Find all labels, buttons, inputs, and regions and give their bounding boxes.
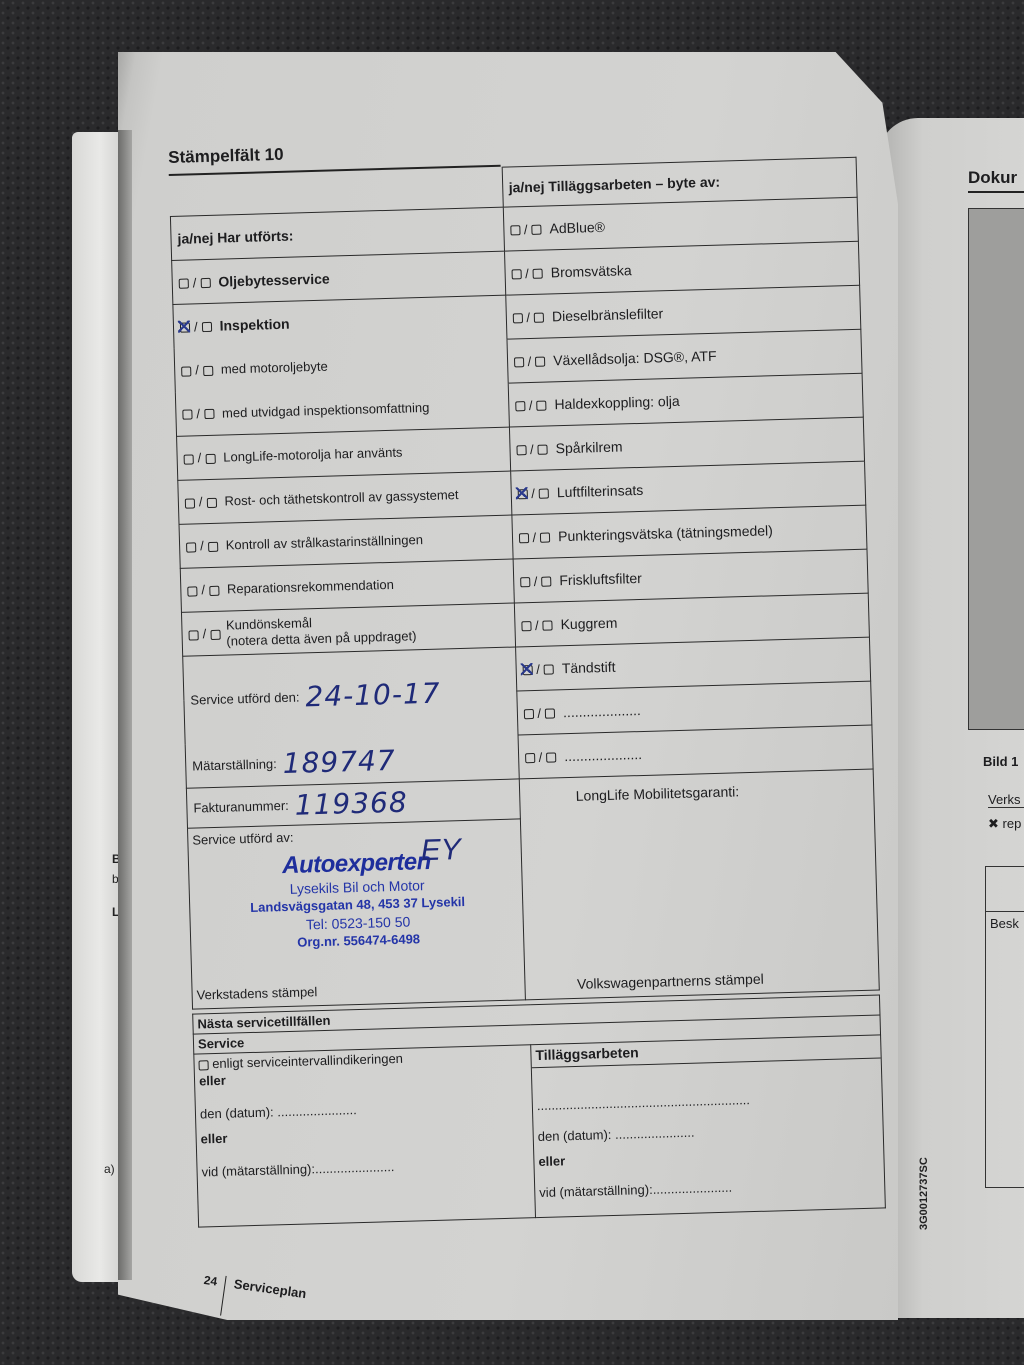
or-label: eller bbox=[538, 1145, 879, 1170]
item-label: Oljebytesservice bbox=[218, 270, 330, 289]
yes-checkbox[interactable] bbox=[179, 278, 189, 288]
yes-checkbox[interactable] bbox=[180, 323, 190, 333]
no-checkbox[interactable] bbox=[200, 278, 210, 288]
next-date-field[interactable]: den (datum): ...................... bbox=[200, 1097, 528, 1121]
no-checkbox[interactable] bbox=[541, 576, 551, 586]
no-checkbox[interactable] bbox=[545, 708, 555, 718]
yes-checkbox[interactable] bbox=[182, 410, 192, 420]
document-code: 3G0012737SC bbox=[918, 1157, 930, 1230]
no-checkbox[interactable] bbox=[204, 409, 214, 419]
item-label: Växellådsolja: DSG®, ATF bbox=[553, 347, 717, 368]
no-checkbox[interactable] bbox=[535, 356, 545, 366]
page-gutter bbox=[118, 130, 132, 1280]
odometer-label: Mätarställning: bbox=[192, 756, 277, 773]
service-table: ja/nej Tilläggsarbeten – byte av: ja/nej… bbox=[169, 157, 880, 1010]
item-label: Kundönskemål bbox=[226, 615, 312, 632]
item-label: Inspektion bbox=[219, 315, 289, 333]
table-header-cell: Besk bbox=[986, 911, 1024, 935]
yes-checkbox[interactable] bbox=[185, 498, 195, 508]
item-label: Dieselbränslefilter bbox=[552, 305, 664, 324]
item-label[interactable]: .................... bbox=[563, 702, 641, 720]
under-page-text: a) bbox=[104, 1162, 115, 1176]
item-label: med utvidgad inspektionsomfattning bbox=[222, 400, 430, 421]
yes-checkbox[interactable] bbox=[523, 709, 533, 719]
additional-blank-field[interactable]: ........................................… bbox=[537, 1089, 878, 1114]
item-label: Kuggrem bbox=[560, 614, 617, 632]
yes-checkbox[interactable] bbox=[512, 313, 522, 323]
workshop-stamp-label: Verkstadens stämpel bbox=[196, 984, 317, 1002]
mobility-guarantee-cell: LongLife Mobilitetsgaranti: Volkswagenpa… bbox=[519, 769, 880, 1000]
right-page-table: Besk bbox=[985, 866, 1024, 1188]
odometer-value[interactable]: 189747 bbox=[282, 744, 396, 780]
yes-checkbox[interactable] bbox=[184, 454, 194, 464]
no-checkbox[interactable] bbox=[536, 400, 546, 410]
no-checkbox[interactable] bbox=[202, 322, 212, 332]
right-page-text: Verks bbox=[988, 792, 1024, 808]
yes-checkbox[interactable] bbox=[181, 366, 191, 376]
additional-date-field[interactable]: den (datum): ...................... bbox=[538, 1120, 879, 1145]
handwritten-initials: EY bbox=[420, 833, 461, 868]
figure-caption: Bild 1 bbox=[983, 754, 1018, 769]
next-service-cell: enligt serviceintervallindikeringen elle… bbox=[194, 1045, 536, 1227]
no-checkbox[interactable] bbox=[531, 224, 541, 234]
item-label: Tändstift bbox=[562, 658, 616, 675]
yes-checkbox[interactable] bbox=[510, 225, 520, 235]
figure-image bbox=[968, 208, 1024, 730]
item-label: Punkteringsvätska (tätningsmedel) bbox=[558, 522, 773, 544]
item-label: Friskluftsfilter bbox=[559, 569, 642, 587]
service-date-label: Service utförd den: bbox=[190, 690, 300, 708]
item-label: Reparationsrekommendation bbox=[227, 577, 394, 597]
no-checkbox[interactable] bbox=[533, 268, 543, 278]
service-date-cell: Service utförd den:24-10-17 bbox=[183, 647, 518, 744]
service-date-value[interactable]: 24-10-17 bbox=[305, 677, 441, 714]
mobility-guarantee-label: LongLife Mobilitetsgaranti: bbox=[576, 780, 868, 804]
yes-checkbox[interactable] bbox=[515, 401, 525, 411]
yes-checkbox[interactable] bbox=[522, 665, 532, 675]
item-label: Bromsvätska bbox=[551, 262, 632, 280]
no-checkbox[interactable] bbox=[546, 752, 556, 762]
item-label: Spårkilrem bbox=[555, 438, 622, 456]
no-checkbox[interactable] bbox=[203, 365, 213, 375]
no-checkbox[interactable] bbox=[534, 312, 544, 322]
item-label: Kontroll av strålkastarinställningen bbox=[226, 532, 424, 553]
yes-checkbox[interactable] bbox=[186, 542, 196, 552]
no-checkbox[interactable] bbox=[539, 488, 549, 498]
service-stamp-form: Stämpelfält 10 ja/nej Tilläggsarbeten – … bbox=[168, 129, 888, 1228]
page-number: 24 bbox=[199, 1273, 227, 1316]
yes-checkbox[interactable] bbox=[525, 753, 535, 763]
invoice-value[interactable]: 119368 bbox=[294, 786, 408, 822]
additional-odometer-field[interactable]: vid (mätarställning):...................… bbox=[539, 1176, 880, 1201]
yes-checkbox[interactable] bbox=[188, 630, 198, 640]
item-label: Haldexkoppling: olja bbox=[554, 392, 680, 411]
yes-checkbox[interactable] bbox=[516, 445, 526, 455]
yes-checkbox[interactable] bbox=[511, 269, 521, 279]
right-page-text: ✖ rep bbox=[988, 816, 1021, 832]
invoice-label: Fakturanummer: bbox=[193, 798, 289, 816]
item-label: Luftfilterinsats bbox=[557, 481, 644, 499]
or-label: eller bbox=[200, 1122, 528, 1146]
item-label: LongLife-motorolja har använts bbox=[223, 445, 403, 465]
item-label: Rost- och täthetskontroll av gassystemet bbox=[224, 487, 458, 509]
no-checkbox[interactable] bbox=[538, 444, 548, 454]
yes-checkbox[interactable] bbox=[513, 357, 523, 367]
no-checkbox[interactable] bbox=[205, 453, 215, 463]
yes-checkbox[interactable] bbox=[187, 586, 197, 596]
next-service-table: Nästa servicetillfällen Service enligt s… bbox=[192, 994, 886, 1227]
item-label[interactable]: .................... bbox=[564, 746, 642, 764]
no-checkbox[interactable] bbox=[210, 629, 220, 639]
no-checkbox[interactable] bbox=[542, 620, 552, 630]
item-label: AdBlue® bbox=[549, 218, 605, 236]
next-odometer-field[interactable]: vid (mätarställning):...................… bbox=[201, 1155, 529, 1179]
performed-by-label: Service utförd av: bbox=[192, 830, 294, 848]
next-additional-cell: Tilläggsarbeten ........................… bbox=[531, 1035, 886, 1218]
no-checkbox[interactable] bbox=[209, 585, 219, 595]
yes-checkbox[interactable] bbox=[518, 533, 528, 543]
no-checkbox[interactable] bbox=[206, 497, 216, 507]
partner-stamp-label: Volkswagenpartnerns stämpel bbox=[577, 971, 764, 992]
yes-checkbox[interactable] bbox=[520, 577, 530, 587]
right-page-title: Dokur bbox=[968, 168, 1024, 193]
yes-checkbox[interactable] bbox=[517, 489, 527, 499]
no-checkbox[interactable] bbox=[544, 664, 554, 674]
workshop-stamp-cell: Service utförd av: Autoexperten Lysekils… bbox=[188, 819, 525, 1009]
no-checkbox[interactable] bbox=[208, 541, 218, 551]
interval-checkbox[interactable] bbox=[198, 1060, 208, 1070]
item-label: med motoroljebyte bbox=[221, 359, 328, 377]
no-checkbox[interactable] bbox=[540, 532, 550, 542]
yes-checkbox[interactable] bbox=[521, 621, 531, 631]
